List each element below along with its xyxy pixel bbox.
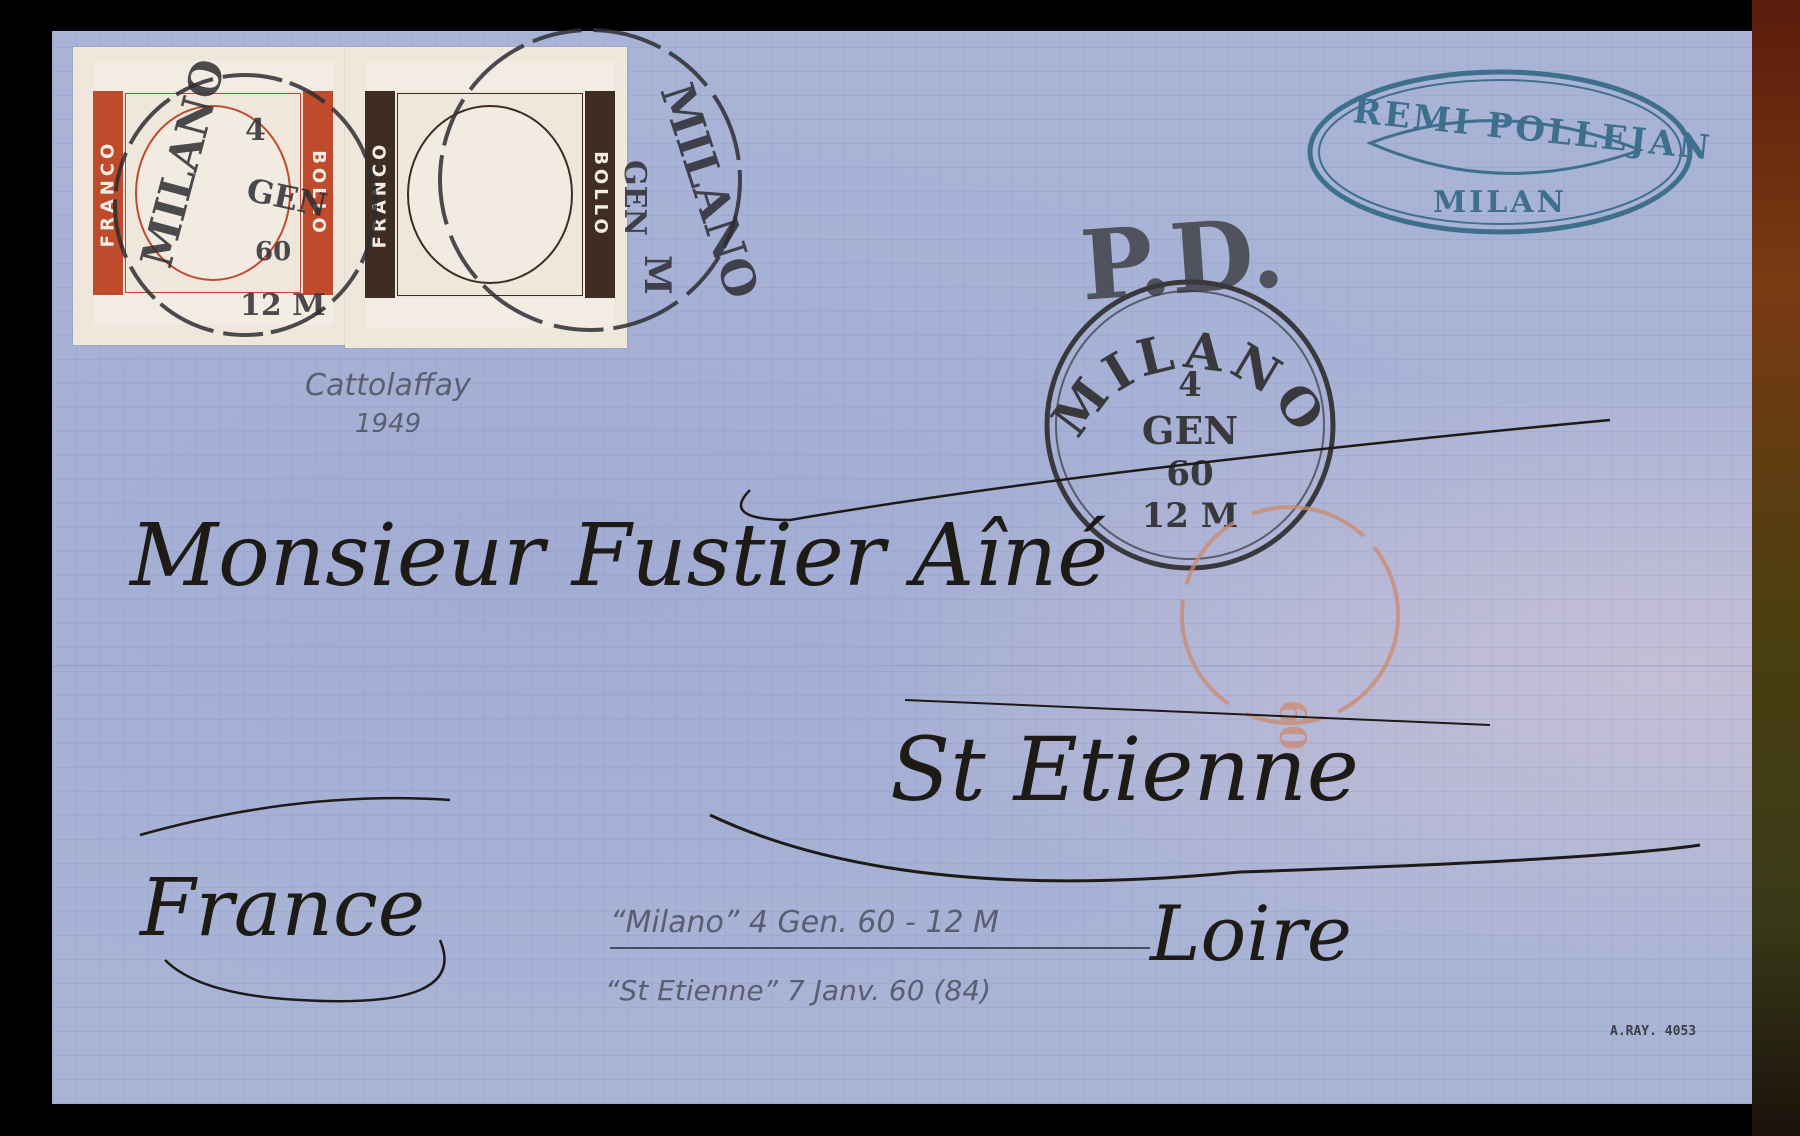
stamp-40c: C.POSTE.40 C.QUARANTA FRANCO BOLLO (73, 47, 345, 345)
stamp-bottom-label: C.QUARANTA (93, 295, 333, 325)
stamp-top-label: C.POSTE.40 (93, 61, 333, 91)
stamp-portrait-oval (407, 105, 573, 284)
stamp-bottom-label: C.DIECI (365, 298, 615, 328)
stamp-right-label: BOLLO (308, 150, 329, 237)
stamp-right-label: BOLLO (590, 151, 611, 238)
fold-line (52, 665, 1752, 667)
stamp-top-label: C.POSTE.10 (365, 61, 615, 91)
stamp-left-label: FRANCO (98, 139, 119, 247)
stamp-10c: C.POSTE.10 C.DIECI FRANCO BOLLO (345, 47, 627, 348)
stamp-portrait-oval (135, 105, 291, 281)
stamp-left-label: FRANCO (370, 141, 391, 249)
scan-background-edge (1752, 0, 1800, 1136)
